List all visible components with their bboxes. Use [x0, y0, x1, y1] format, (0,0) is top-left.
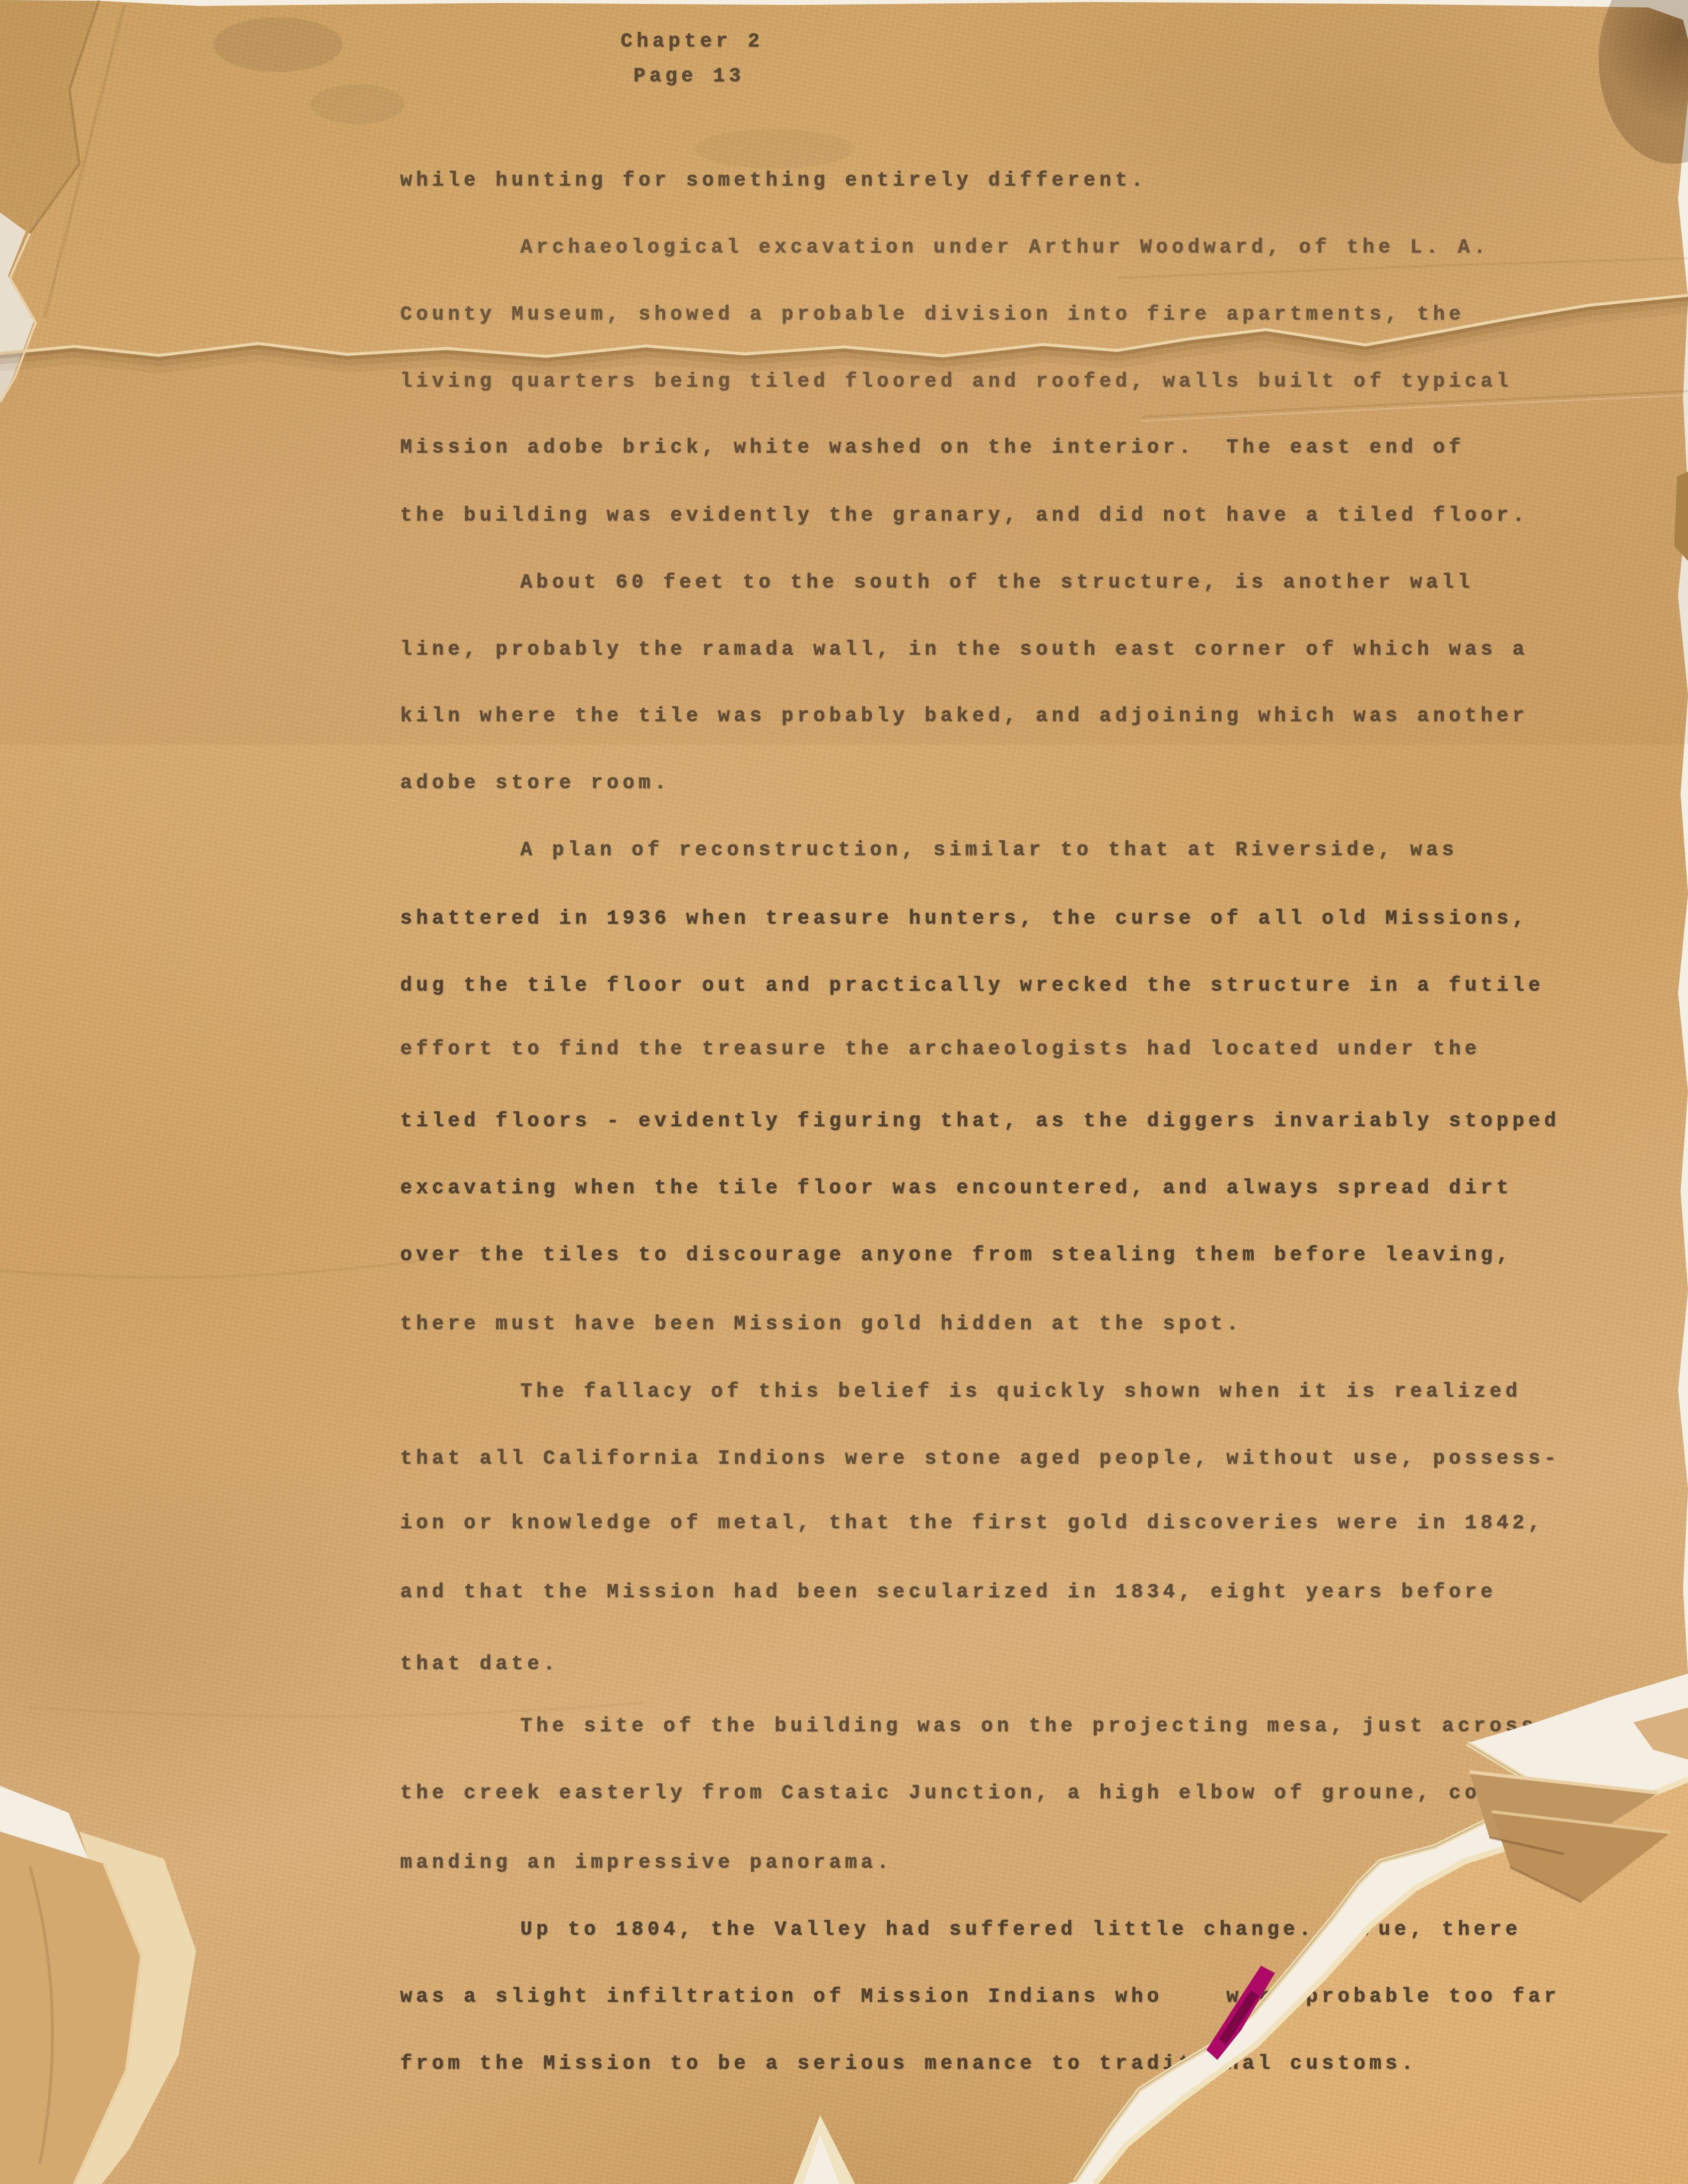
- typed-line: excavating when the tile floor was encou…: [400, 1177, 1512, 1202]
- typed-line: there must have been Mission gold hidden…: [400, 1313, 1242, 1338]
- typed-text-layer: Chapter 2 Page 13 while hunting for some…: [0, 0, 1688, 2184]
- typed-line: was a slight infiltration of Mission Ind…: [400, 1986, 1560, 2011]
- typed-line: ion or knowledge of metal, that the firs…: [400, 1512, 1544, 1537]
- typed-line: and that the Mission had been secularize…: [400, 1581, 1496, 1606]
- typed-line: shattered in 1936 when treasure hunters,…: [400, 908, 1528, 933]
- typed-line: while hunting for something entirely dif…: [400, 170, 1147, 195]
- typed-line: kiln where the tile was probably baked, …: [400, 705, 1528, 730]
- typed-line: County Museum, showed a probable divisio…: [400, 304, 1465, 329]
- typed-line: the creek easterly from Castaic Junction…: [400, 1782, 1480, 1807]
- scanned-page: Chapter 2 Page 13 while hunting for some…: [0, 0, 1688, 2184]
- typed-line: Archaeological excavation under Arthur W…: [520, 237, 1489, 262]
- typed-line: adobe store room.: [400, 772, 670, 797]
- typed-line: Mission adobe brick, white washed on the…: [400, 437, 1465, 462]
- typed-line: tiled floors - evidently figuring that, …: [400, 1110, 1560, 1135]
- typed-line: line, probably the ramada wall, in the s…: [400, 639, 1528, 664]
- page-number: Page 13: [633, 66, 745, 90]
- typed-line: dug the tile floor out and practically w…: [400, 975, 1544, 1000]
- typed-line: Up to 1804, the Valley had suffered litt…: [520, 1919, 1521, 1944]
- typed-line: effort to find the treasure the archaeol…: [400, 1038, 1480, 1063]
- typed-line: the building was evidently the granary, …: [400, 505, 1528, 530]
- typed-line: About 60 feet to the south of the struct…: [520, 572, 1474, 597]
- typed-line: manding an impressive panorama.: [400, 1852, 893, 1877]
- typed-line: The fallacy of this belief is quickly sh…: [520, 1381, 1521, 1406]
- typed-line: over the tiles to discourage anyone from…: [400, 1244, 1512, 1269]
- chapter-heading: Chapter 2: [621, 31, 764, 56]
- typed-line: from the Mission to be a serious menance…: [400, 2053, 1417, 2078]
- typed-line: The site of the building was on the proj…: [520, 1715, 1537, 1740]
- typed-line: living quarters being tiled floored and …: [400, 371, 1512, 396]
- typed-line: A plan of reconstruction, similar to tha…: [520, 839, 1458, 864]
- typed-line: that all California Indions were stone a…: [400, 1448, 1560, 1473]
- typed-line: that date.: [400, 1653, 559, 1678]
